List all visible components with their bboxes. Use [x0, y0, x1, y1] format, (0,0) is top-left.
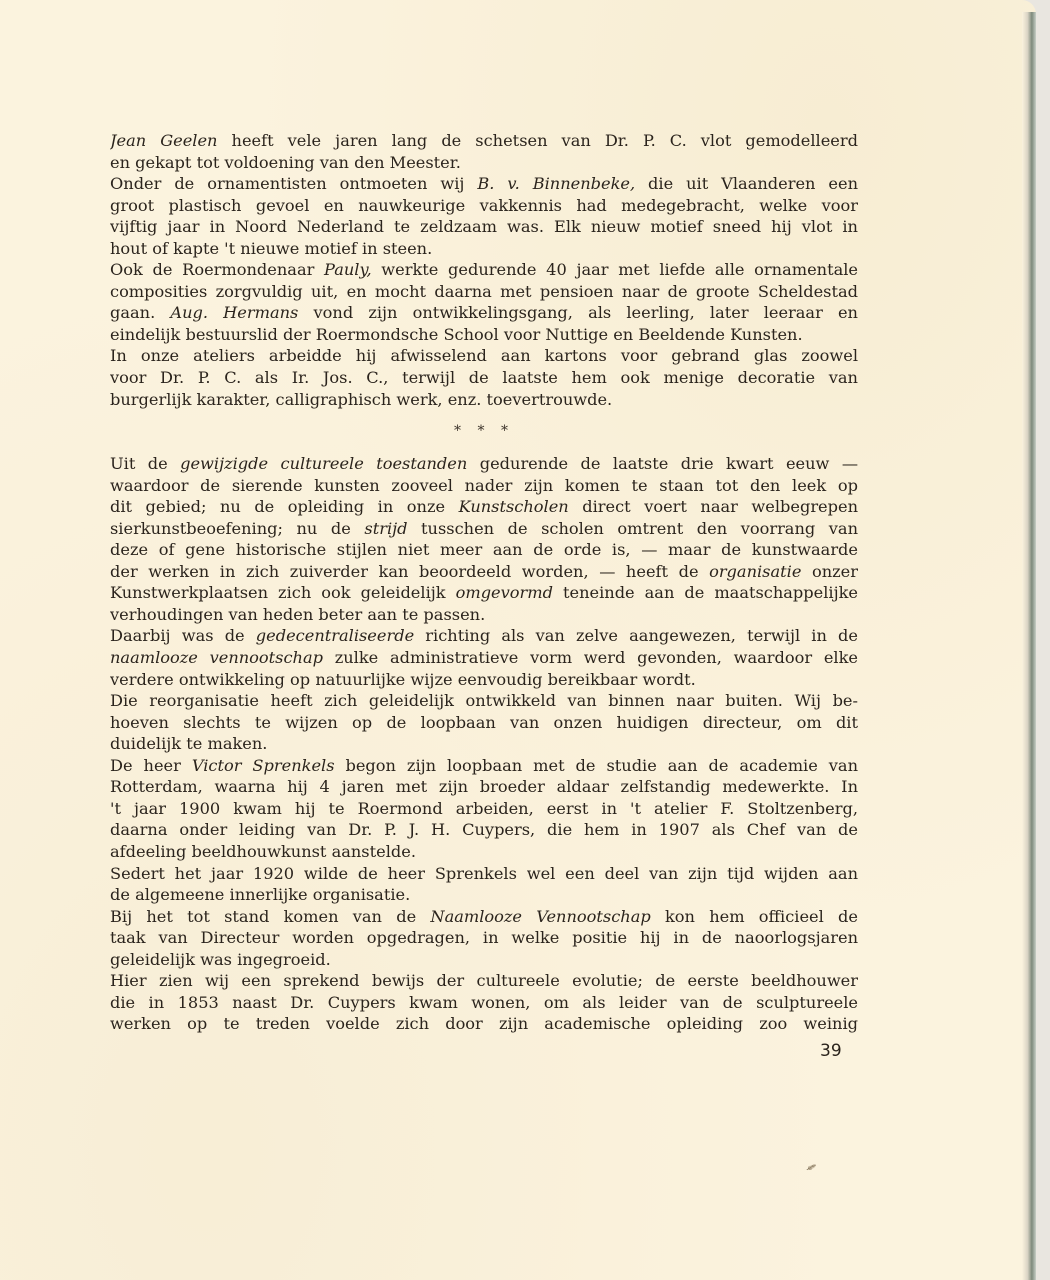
italic-text: Pauly,	[324, 260, 372, 279]
text-line: der werken in zich zuiverder kan beoorde…	[110, 561, 858, 583]
text-line: Jean Geelen heeft vele jaren lang de sch…	[110, 130, 858, 152]
text-run: Kunstwerkplaatsen zich ook geleidelijk	[110, 583, 456, 602]
text-line: taak van Directeur worden opgedragen, in…	[110, 927, 858, 949]
text-line: Bij het tot stand komen van de Naamlooze…	[110, 906, 858, 928]
text-run: In onze ateliers arbeidde hij afwisselen…	[110, 346, 858, 365]
italic-text: Aug. Hermans	[170, 303, 298, 322]
text-line: verdere ontwikkeling op natuurlijke wijz…	[110, 669, 858, 691]
text-line: Uit de gewijzigde cultureele toestanden …	[110, 453, 858, 475]
text-line: composities zorgvuldig uit, en mocht daa…	[110, 281, 858, 303]
text-line: eindelijk bestuurslid der Roermondsche S…	[110, 324, 858, 346]
text-line: Die reorganisatie heeft zich geleidelijk…	[110, 690, 858, 712]
paragraph: Jean Geelen heeft vele jaren lang de sch…	[110, 130, 858, 173]
text-run: composities zorgvuldig uit, en mocht daa…	[110, 282, 858, 301]
text-line: In onze ateliers arbeidde hij afwisselen…	[110, 345, 858, 367]
paragraph: Uit de gewijzigde cultureele toestanden …	[110, 453, 858, 625]
section-separator: * * *	[110, 410, 858, 453]
text-run: verdere ontwikkeling op natuurlijke wijz…	[110, 670, 696, 689]
italic-text: organisatie	[709, 562, 801, 581]
text-run: begon zijn loopbaan met de studie aan de…	[335, 756, 858, 775]
text-run: groot plastisch gevoel en nauwkeurige va…	[110, 196, 858, 215]
text-run: kon hem officieel de	[651, 907, 858, 926]
text-line: Kunstwerkplaatsen zich ook geleidelijk o…	[110, 582, 858, 604]
text-run: deze of gene historische stijlen niet me…	[110, 540, 858, 559]
text-line: verhoudingen van heden beter aan te pass…	[110, 604, 858, 626]
italic-text: Victor Sprenkels	[192, 756, 335, 775]
text-run: Onder de ornamentisten ontmoeten wij	[110, 174, 477, 193]
text-run: werkte gedurende 40 jaar met liefde alle…	[372, 260, 858, 279]
paragraph: Ook de Roermondenaar Pauly, werkte gedur…	[110, 259, 858, 345]
text-run: richting als van zelve aangewezen, terwi…	[414, 626, 858, 645]
text-run: Die reorganisatie heeft zich geleidelijk…	[110, 691, 858, 710]
paragraph: Die reorganisatie heeft zich geleidelijk…	[110, 690, 858, 755]
text-run: waardoor de sierende kunsten zooveel nad…	[110, 476, 858, 495]
text-run: daarna onder leiding van Dr. P. J. H. Cu…	[110, 820, 858, 839]
text-run: voor Dr. P. C. als Ir. Jos. C., terwijl …	[110, 368, 858, 387]
italic-text: omgevormd	[456, 583, 553, 602]
paragraph: Daarbij was de gedecentraliseerde richti…	[110, 625, 858, 690]
text-line: Hier zien wij een sprekend bewijs der cu…	[110, 970, 858, 992]
text-run: verhoudingen van heden beter aan te pass…	[110, 605, 485, 624]
page-edge	[1022, 12, 1036, 1280]
italic-text: strijd	[364, 519, 407, 538]
text-line: De heer Victor Sprenkels begon zijn loop…	[110, 755, 858, 777]
text-line: Ook de Roermondenaar Pauly, werkte gedur…	[110, 259, 858, 281]
text-run: Hier zien wij een sprekend bewijs der cu…	[110, 971, 858, 990]
italic-text: Kunstscholen	[459, 497, 569, 516]
text-line: Onder de ornamentisten ontmoeten wij B. …	[110, 173, 858, 195]
text-line: deze of gene historische stijlen niet me…	[110, 539, 858, 561]
paragraph: In onze ateliers arbeidde hij afwisselen…	[110, 345, 858, 410]
text-run: de algemeene innerlijke organisatie.	[110, 885, 410, 904]
text-run: heeft vele jaren lang de schetsen van Dr…	[217, 131, 858, 150]
text-line: Rotterdam, waarna hij 4 jaren met zijn b…	[110, 776, 858, 798]
text-line: naamlooze vennootschap zulke administrat…	[110, 647, 858, 669]
text-run: Sedert het jaar 1920 wilde de heer Spren…	[110, 864, 858, 883]
text-run: dit gebied; nu de opleiding in onze	[110, 497, 459, 516]
text-line: hout of kapte 't nieuwe motief in steen.	[110, 238, 858, 260]
text-line: Daarbij was de gedecentraliseerde richti…	[110, 625, 858, 647]
text-line: hoeven slechts te wijzen op de loopbaan …	[110, 712, 858, 734]
text-line: voor Dr. P. C. als Ir. Jos. C., terwijl …	[110, 367, 858, 389]
text-run: gaan.	[110, 303, 170, 322]
text-run: afdeeling beeldhouwkunst aanstelde.	[110, 842, 416, 861]
text-line: die in 1853 naast Dr. Cuypers kwam wonen…	[110, 992, 858, 1014]
text-line: Sedert het jaar 1920 wilde de heer Spren…	[110, 863, 858, 885]
text-run: 't jaar 1900 kwam hij te Roermond arbeid…	[110, 799, 858, 818]
text-line: burgerlijk karakter, calligraphisch werk…	[110, 389, 858, 411]
text-run: die uit Vlaanderen een	[635, 174, 858, 193]
page-number: 39	[820, 1041, 842, 1061]
text-line: werken op te treden voelde zich door zij…	[110, 1013, 858, 1035]
paragraph: De heer Victor Sprenkels begon zijn loop…	[110, 755, 858, 863]
ink-stain-mark: ⸙	[802, 1156, 822, 1179]
text-line: gaan. Aug. Hermans vond zijn ontwikkelin…	[110, 302, 858, 324]
text-line: waardoor de sierende kunsten zooveel nad…	[110, 475, 858, 497]
text-line: 't jaar 1900 kwam hij te Roermond arbeid…	[110, 798, 858, 820]
text-line: groot plastisch gevoel en nauwkeurige va…	[110, 195, 858, 217]
italic-text: naamlooze vennootschap	[110, 648, 323, 667]
text-run: hoeven slechts te wijzen op de loopbaan …	[110, 713, 858, 732]
paragraph: Sedert het jaar 1920 wilde de heer Spren…	[110, 863, 858, 906]
text-run: direct voert naar welbegrepen	[569, 497, 858, 516]
text-line: geleidelijk was ingegroeid.	[110, 949, 858, 971]
text-line: en gekapt tot voldoening van den Meester…	[110, 152, 858, 174]
text-run: zulke administratieve vorm werd gevonden…	[323, 648, 858, 667]
text-line: dit gebied; nu de opleiding in onze Kuns…	[110, 496, 858, 518]
text-line: vijftig jaar in Noord Nederland te zeldz…	[110, 216, 858, 238]
text-run: taak van Directeur worden opgedragen, in…	[110, 928, 858, 947]
text-run: Uit de	[110, 454, 180, 473]
italic-text: Naamlooze Vennootschap	[430, 907, 650, 926]
text-run: vond zijn ontwikkelingsgang, als leerlin…	[298, 303, 858, 322]
text-run: eindelijk bestuurslid der Roermondsche S…	[110, 325, 803, 344]
italic-text: gewijzigde cultureele toestanden	[180, 454, 467, 473]
text-run: geleidelijk was ingegroeid.	[110, 950, 331, 969]
text-line: duidelijk te maken.	[110, 733, 858, 755]
italic-text: gedecentraliseerde	[256, 626, 414, 645]
text-line: daarna onder leiding van Dr. P. J. H. Cu…	[110, 819, 858, 841]
text-run: tusschen de scholen omtrent den voorrang…	[408, 519, 859, 538]
paragraph: Onder de ornamentisten ontmoeten wij B. …	[110, 173, 858, 259]
body-text: Jean Geelen heeft vele jaren lang de sch…	[110, 130, 858, 1035]
text-run: Bij het tot stand komen van de	[110, 907, 430, 926]
text-run: Rotterdam, waarna hij 4 jaren met zijn b…	[110, 777, 858, 796]
paragraph: Hier zien wij een sprekend bewijs der cu…	[110, 970, 858, 1035]
text-line: de algemeene innerlijke organisatie.	[110, 884, 858, 906]
text-run: burgerlijk karakter, calligraphisch werk…	[110, 390, 612, 409]
text-line: sierkunstbeoefening; nu de strijd tussch…	[110, 518, 858, 540]
text-run: werken op te treden voelde zich door zij…	[110, 1014, 858, 1033]
book-page: Jean Geelen heeft vele jaren lang de sch…	[0, 0, 1036, 1280]
text-run: Daarbij was de	[110, 626, 256, 645]
paragraph: Bij het tot stand komen van de Naamlooze…	[110, 906, 858, 971]
text-run: sierkunstbeoefening; nu de	[110, 519, 364, 538]
text-line: afdeeling beeldhouwkunst aanstelde.	[110, 841, 858, 863]
text-run: onzer	[801, 562, 858, 581]
text-run: hout of kapte 't nieuwe motief in steen.	[110, 239, 432, 258]
text-run: duidelijk te maken.	[110, 734, 267, 753]
italic-text: Jean Geelen	[110, 131, 217, 150]
text-run: Ook de Roermondenaar	[110, 260, 324, 279]
text-run: der werken in zich zuiverder kan beoorde…	[110, 562, 709, 581]
text-run: gedurende de laatste drie kwart eeuw —	[467, 454, 858, 473]
italic-text: B. v. Binnenbeke,	[477, 174, 635, 193]
text-run: De heer	[110, 756, 192, 775]
text-run: die in 1853 naast Dr. Cuypers kwam wonen…	[110, 993, 858, 1012]
text-run: teneinde aan de maatschappelijke	[553, 583, 858, 602]
text-run: en gekapt tot voldoening van den Meester…	[110, 153, 461, 172]
text-run: vijftig jaar in Noord Nederland te zeldz…	[110, 217, 858, 236]
